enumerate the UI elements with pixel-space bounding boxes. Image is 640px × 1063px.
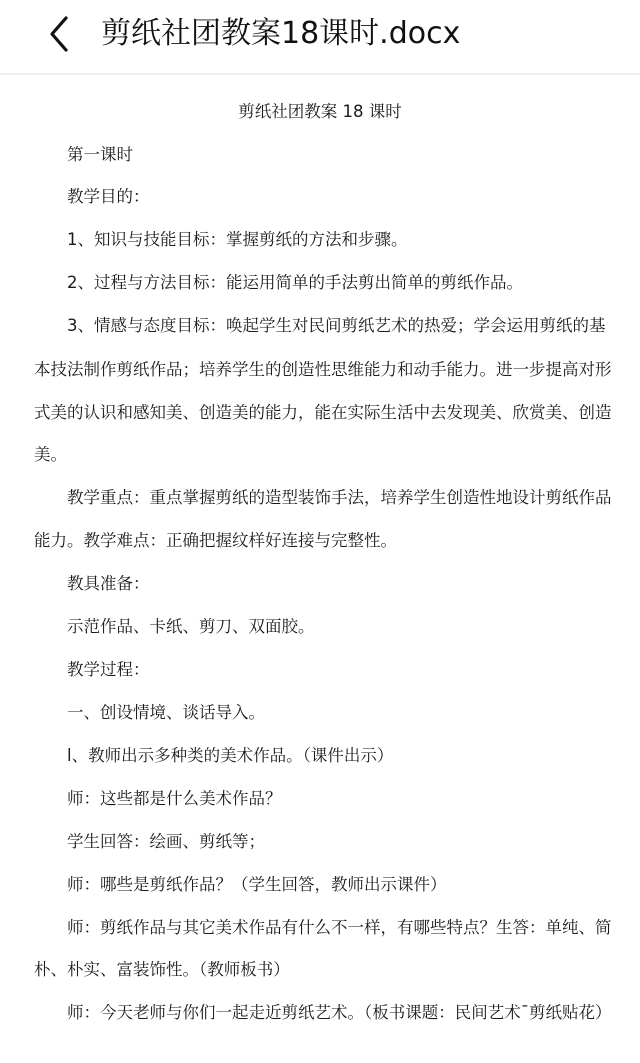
- paragraph: l、教师出示多种类的美术作品。（课件出示）: [67, 744, 393, 768]
- paragraph: 第一课时: [67, 143, 133, 167]
- chevron-left-icon: [38, 12, 82, 56]
- back-button[interactable]: [38, 12, 82, 56]
- paragraph: 师：今天老师与你们一起走近剪纸艺术。（板书课题：民间艺术¯剪纸贴花）: [67, 1001, 612, 1025]
- paragraph: 3、情感与态度目标：唤起学生对民间剪纸艺术的热爱；学会运用剪纸的基: [67, 314, 606, 338]
- paragraph: 1、知识与技能目标：掌握剪纸的方法和步骤。: [67, 228, 408, 252]
- document-filename: 剪纸社团教案18课时.docx: [101, 12, 460, 56]
- paragraph: 示范作品、卡纸、剪刀、双面胶。: [67, 615, 315, 639]
- app-header: 剪纸社团教案18课时.docx: [0, 0, 640, 75]
- paragraph: 教学目的：: [67, 185, 150, 209]
- document-title: 剪纸社团教案 18 课时: [0, 100, 640, 124]
- paragraph: 美。: [34, 443, 67, 467]
- paragraph: 教学过程：: [67, 658, 150, 682]
- paragraph: 朴、朴实、富装饰性。（教师板书）: [34, 958, 290, 982]
- paragraph: 能力。教学难点：正确把握纹样好连接与完整性。: [34, 529, 397, 553]
- paragraph: 式美的认识和感知美、创造美的能力，能在实际生活中去发现美、欣赏美、创造: [34, 401, 612, 425]
- paragraph: 本技法制作剪纸作品；培养学生的创造性思维能力和动手能力。进一步提高对形: [34, 358, 612, 382]
- paragraph: 教具准备：: [67, 572, 150, 596]
- paragraph: 一、创设情境、谈话导入。: [67, 701, 265, 725]
- paragraph: 师：剪纸作品与其它美术作品有什么不一样，有哪些特点？生答：单纯、简: [67, 916, 612, 940]
- paragraph: 2、过程与方法目标：能运用简单的手法剪出简单的剪纸作品。: [67, 271, 523, 295]
- paragraph: 学生回答：绘画、剪纸等；: [67, 830, 265, 854]
- paragraph: 师：这些都是什么美术作品？: [67, 787, 282, 811]
- paragraph: 师：哪些是剪纸作品？（学生回答，教师出示课件）: [67, 873, 447, 897]
- paragraph: 教学重点：重点掌握剪纸的造型装饰手法，培养学生创造性地设计剪纸作品: [67, 486, 612, 510]
